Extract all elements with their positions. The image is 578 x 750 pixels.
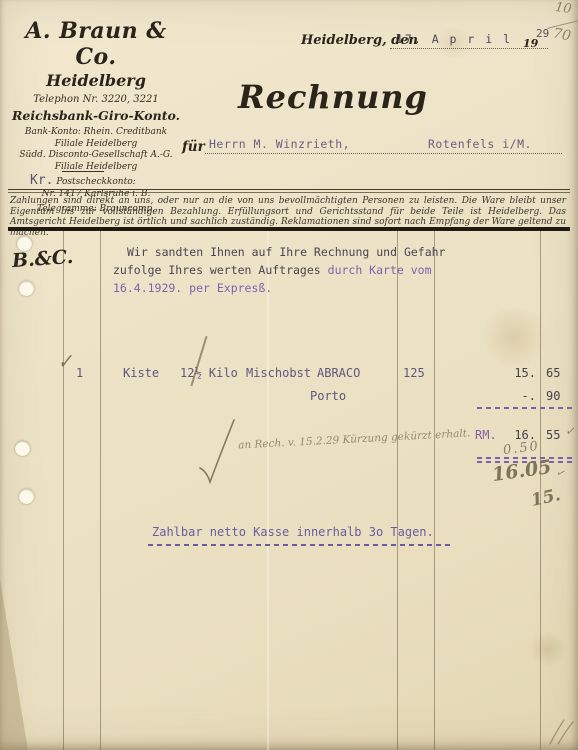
terms-dashed-rule [148,544,450,546]
company-name: A. Braun & Co. [8,18,184,70]
subtotal-dashed-rule [477,407,572,409]
fold-crease [267,231,269,750]
pencil-bottom-figure: 15. [529,485,562,511]
pencil-corner-number: 70 [552,26,572,45]
pencil-check-icon: ✓ [58,350,72,375]
table-rule [434,231,435,750]
conditions-bottom-rule [8,227,570,231]
item-amount-pf: 65 [546,366,560,380]
pencil-deduction: 0.50 [502,439,541,458]
pencil-note: an Rech. v. 15.2.29 Kürzung gekürzt erha… [238,426,488,451]
recipient-name: Herrn M. Winzrieth, [209,137,350,151]
body-line2: zufolge Ihres werten Auftrages durch Kar… [113,263,432,277]
fuer-label: für [182,139,205,155]
page-title: Rechnung [238,78,428,116]
item-qty: 1 [76,366,83,380]
payment-terms: Zahlbar netto Kasse innerhalb 3o Tagen. [152,525,434,539]
paper-corner-edge [0,580,28,750]
recipient-place: Rotenfels i/M. [428,137,532,151]
porto-mark: -. [500,389,536,403]
item-price: 125 [403,366,425,380]
table-rule [100,231,101,750]
pencil-check-icon: ✓ [565,424,575,438]
telephone-line: Telephon Nr. 3220, 3221 [8,94,184,105]
conditions-top-rule2 [8,192,570,193]
conditions-top-rule [8,189,570,190]
porto-pf: 90 [546,389,560,403]
item-weight: 12½ Kilo [180,366,238,380]
table-rule [63,231,64,750]
invoice-document: A. Braun & Co. Heidelberg Telephon Nr. 3… [0,0,578,750]
bc-mark: B.&C. [11,246,74,272]
pencil-squiggle [548,718,576,748]
letterhead-divider [62,171,104,172]
paper-stain [528,632,568,666]
punch-hole [15,441,30,456]
body-line3: 16.4.1929. per Expresß. [113,281,272,295]
conditions-text: Zahlungen sind direkt an uns, oder nur a… [10,196,566,238]
giro-title: Reichsbank-Giro-Konto. [8,108,184,123]
company-city: Heidelberg [8,71,184,90]
porto-label: Porto [310,389,346,403]
item-desc: Mischobst [246,366,311,380]
item-amount-mark: 15. [500,366,536,380]
body-line2-black: zufolge Ihres werten Auftrages [113,263,328,277]
dateline-typed-date: 17. A p r i l [396,32,512,46]
punch-hole [19,489,34,504]
pencil-large-checkmark [196,418,240,490]
body-line2-violet: durch Karte vom [328,263,432,277]
item-brand: ABRACO [317,366,360,380]
pencil-check-icon: ✓ [555,467,566,480]
item-unit: Kiste [123,366,159,380]
table-rule [397,231,398,750]
body-line1: Wir sandten Ihnen auf Ihre Rechnung und … [127,245,446,259]
total-pf: 55 [546,428,560,442]
punch-hole [19,281,34,296]
bank-line: Südd. Disconto-Gesellschaft A.-G. [8,150,184,162]
kr-label: Kr. [30,173,53,188]
bank-line: Filiale Heidelberg [8,139,184,151]
bank-line: Bank-Konto: Rhein. Creditbank [8,127,184,139]
pencil-corner-number: 10 [554,0,572,17]
